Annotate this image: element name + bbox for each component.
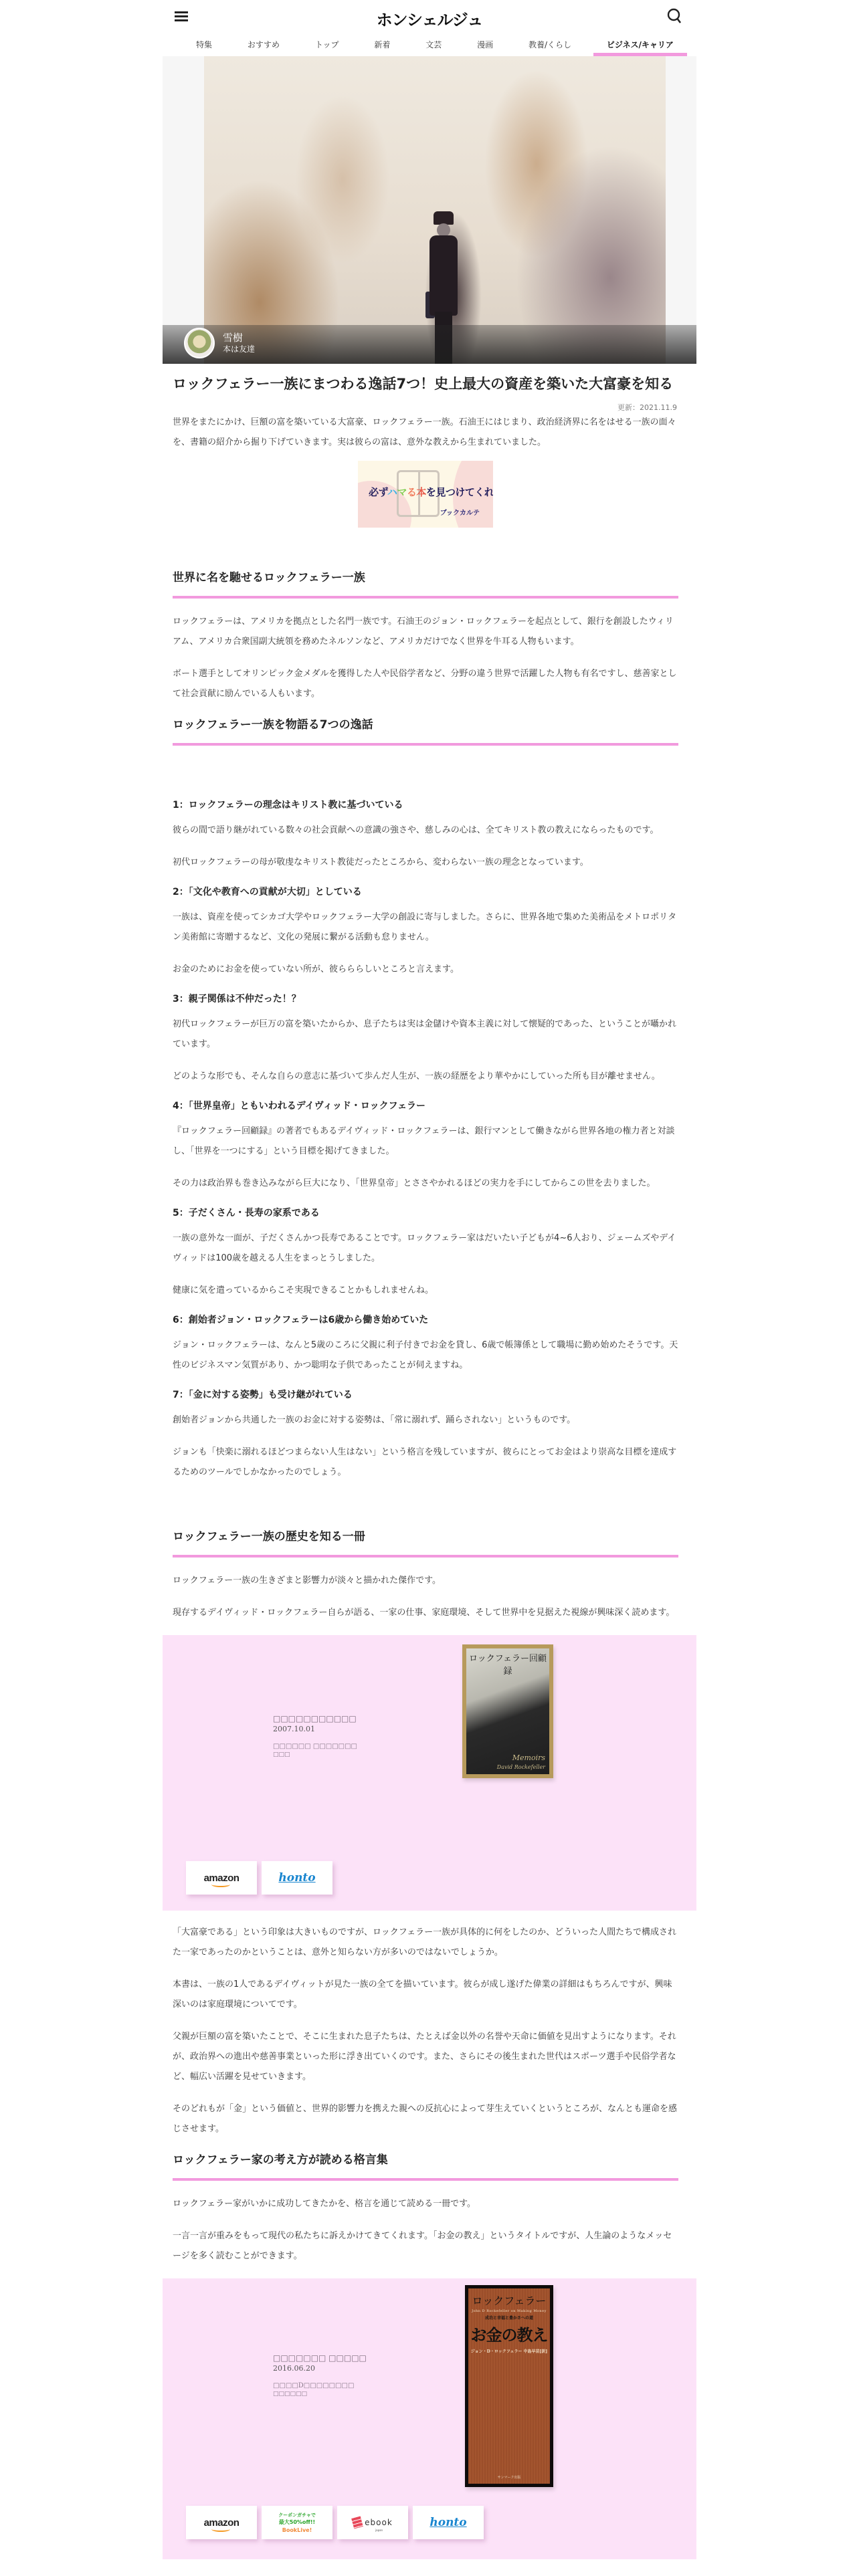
store-links: amazon honto xyxy=(186,1861,332,1895)
tab-business-career[interactable]: ビジネス/キャリア xyxy=(604,33,676,56)
author-info[interactable]: 雪樹 本は友達 xyxy=(184,328,255,358)
paragraph: ロックフェラー一族の生きざまと影響力が淡々と描かれた傑作です。 xyxy=(173,1571,678,1591)
book-title[interactable]: □□□□□□□□□□□ xyxy=(273,1714,357,1723)
paragraph: ロックフェラー家がいかに成功してきたかを、格言を通じて読める一冊です。 xyxy=(173,2194,678,2214)
amazon-button[interactable]: amazon xyxy=(186,2506,257,2539)
paragraph: 父親が巨額の富を築いたことで、そこに生まれた息子たちは、たとえば金以外の名誉や天… xyxy=(173,2027,678,2087)
paragraph: 初代ロックフェラーが巨万の富を築いたからか、息子たちは実は金儲けや資本主義に対し… xyxy=(173,1014,678,1055)
section-heading: ロックフェラー一族の歴史を知る一冊 xyxy=(173,1528,678,1558)
paragraph: 『ロックフェラー回顧録』の著者でもあるデイヴィッド・ロックフェラーは、銀行マンと… xyxy=(173,1121,678,1162)
paragraph: 彼らの間で語り継がれている数々の社会貢献への意識の強さや、慈しみの心は、全てキリ… xyxy=(173,821,678,841)
intro-paragraph: 世界をまたにかけ、巨額の富を築いている大富豪、ロックフェラー一族。石油王にはじま… xyxy=(173,413,678,453)
paragraph: 現存するデイヴィッド・ロックフェラー自らが語る、一家の仕事、家庭環境、そして世界… xyxy=(173,1603,678,1623)
book-info: □□□□□□□ □□□□□ 2016.06.20 □□□□D□□□□□□□□ □… xyxy=(273,2353,367,2397)
book-publisher: □□□ xyxy=(273,1751,357,1758)
section-heading: ロックフェラー家の考え方が読める格言集 xyxy=(173,2151,678,2181)
book-card: □□□□□□□ □□□□□ 2016.06.20 □□□□D□□□□□□□□ □… xyxy=(163,2278,696,2559)
paragraph: お金のためにお金を使っていない所が、彼らららしいところと言えます。 xyxy=(173,960,678,980)
paragraph: ジョン・ロックフェラーは、なんと5歳のころに父親に利子付きでお金を貸し、6歳で帳… xyxy=(173,1335,678,1376)
paragraph: その力は政治界も巻き込みながら巨大になり、「世界皇帝」とささやかれるほどの実力を… xyxy=(173,1174,678,1194)
paragraph: 「大富豪である」という印象は大きいものですが、ロックフェラー一族が具体的に何をし… xyxy=(173,1923,678,1963)
coins-walking-man-image xyxy=(204,56,666,364)
tab-osusume[interactable]: おすすめ xyxy=(245,33,282,56)
honto-button[interactable]: honto xyxy=(262,1861,332,1895)
search-icon[interactable] xyxy=(666,7,684,25)
store-links: amazon クーポンガチャで 最大50%off!! BookLive! ebo… xyxy=(186,2506,484,2539)
section-heading: 世界に名を馳せるロックフェラー一族 xyxy=(173,569,678,599)
episode-heading: 6：創始者ジョン・ロックフェラーは6歳から働き始めていた xyxy=(173,1313,678,1327)
author-name[interactable]: 雪樹 xyxy=(223,332,255,344)
section-heading: ロックフェラー一族を物語る7つの逸話 xyxy=(173,716,678,746)
paragraph: ロックフェラーは、アメリカを拠点とした名門一族です。石油王のジョン・ロックフェラ… xyxy=(173,612,678,652)
book-title[interactable]: □□□□□□□ □□□□□ xyxy=(273,2353,367,2363)
episode-heading: 5：子だくさん・長寿の家系である xyxy=(173,1206,678,1220)
banner-brand: ブックカルテ xyxy=(440,507,480,517)
book-author: □□□□□□ □□□□□□□ xyxy=(273,1743,357,1750)
tab-literature[interactable]: 文芸 xyxy=(423,33,444,56)
book-info: □□□□□□□□□□□ 2007.10.01 □□□□□□ □□□□□□□ □□… xyxy=(273,1714,357,1758)
site-logo[interactable]: ホンシェルジュ xyxy=(163,7,696,30)
book-author: □□□□D□□□□□□□□ xyxy=(273,2382,367,2389)
episode-heading: 4：「世界皇帝」ともいわれるデイヴィッド・ロックフェラー xyxy=(173,1099,678,1113)
tab-tokushu[interactable]: 特集 xyxy=(193,33,215,56)
book-date: 2007.10.01 xyxy=(273,1725,357,1733)
book-card: □□□□□□□□□□□ 2007.10.01 □□□□□□ □□□□□□□ □□… xyxy=(163,1635,696,1911)
episode-heading: 3：親子関係は不仲だった！？ xyxy=(173,992,678,1006)
banner-text: 必ずハマる本を見つけてくれる xyxy=(369,485,493,499)
paragraph: 一族の意外な一面が、子だくさんかつ長寿であることです。ロックフェラー家はだいたい… xyxy=(173,1228,678,1269)
amazon-smile-icon xyxy=(211,2527,230,2532)
amazon-button[interactable]: amazon xyxy=(186,1861,257,1895)
tab-top[interactable]: トップ xyxy=(312,33,342,56)
ebookjapan-button[interactable]: ebook japan xyxy=(337,2506,408,2539)
amazon-smile-icon xyxy=(211,1882,230,1887)
honto-button[interactable]: honto xyxy=(413,2506,484,2539)
article-title: ロックフェラー一族にまつわる逸話7つ！史上最大の資産を築いた大富豪を知る xyxy=(173,374,678,394)
page: ホンシェルジュ 特集 おすすめ トップ 新着 文芸 漫画 教養/くらし ビジネス… xyxy=(163,0,696,2559)
paragraph: 健康に気を遣っているからこそ実現できることかもしれませんね。 xyxy=(173,1281,678,1301)
site-header: ホンシェルジュ xyxy=(163,0,696,33)
paragraph: そのどれもが「金」という価値と、世界的影響力を携えた親への反抗心によって芽生えて… xyxy=(173,2099,678,2139)
episode-heading: 7：「金に対する姿勢」も受け継がれている xyxy=(173,1388,678,1402)
bookkarte-banner[interactable]: 必ずハマる本を見つけてくれる ブックカルテ xyxy=(358,461,493,528)
paragraph: 初代ロックフェラーの母が敬虔なキリスト教徒だったところから、変わらない一族の理念… xyxy=(173,853,678,873)
book-date: 2016.06.20 xyxy=(273,2364,367,2373)
tab-manga[interactable]: 漫画 xyxy=(474,33,496,56)
updated-date: 更新：2021.11.9 xyxy=(173,402,678,413)
paragraph: 創始者ジョンから共通した一族のお金に対する姿勢は、「常に溺れず、踊らされない」と… xyxy=(173,1410,678,1430)
paragraph: どのような形でも、そんな自らの意志に基づいて歩んだ人生が、一族の経歴をより華やか… xyxy=(173,1067,678,1087)
book-cover-memoirs[interactable]: ロックフェラー回顧録 Memoirs David Rockefeller xyxy=(462,1644,553,1778)
paragraph: 一言一言が重みをもって現代の私たちに訴えかけてきてくれます。「お金の教え」という… xyxy=(173,2226,678,2266)
book-publisher: □□□□□□ xyxy=(273,2391,367,2397)
paragraph: 本書は、一族の1人であるデイヴィットが見た一族の全てを描いています。彼らが成し遂… xyxy=(173,1975,678,2015)
booklive-button[interactable]: クーポンガチャで 最大50%off!! BookLive! xyxy=(262,2506,332,2539)
paragraph: ボート選手としてオリンピック金メダルを獲得した人や民俗学者など、分野の違う世界で… xyxy=(173,664,678,704)
author-tagline: 本は友達 xyxy=(223,344,255,354)
tab-culture-life[interactable]: 教養/くらし xyxy=(526,33,574,56)
tab-new[interactable]: 新着 xyxy=(371,33,393,56)
author-avatar[interactable] xyxy=(184,328,215,358)
episode-heading: 2：「文化や教育への貢献が大切」としている xyxy=(173,885,678,899)
article: ロックフェラー一族にまつわる逸話7つ！史上最大の資産を築いた大富豪を知る 更新：… xyxy=(163,374,696,2559)
hero-image: 雪樹 本は友達 xyxy=(163,56,696,364)
paragraph: ジョンも「快楽に溺れるほどつまらない人生はない」という格言を残していますが、彼ら… xyxy=(173,1442,678,1483)
book-cover-money-lessons[interactable]: ロックフェラー John D Rockefeller on Making Mon… xyxy=(465,2285,553,2487)
paragraph: 一族は、資産を使ってシカゴ大学やロックフェラー大学の創設に寄与しました。さらに、… xyxy=(173,907,678,948)
ebookjapan-logo-icon xyxy=(351,2516,363,2529)
category-tabs: 特集 おすすめ トップ 新着 文芸 漫画 教養/くらし ビジネス/キャリア xyxy=(163,33,696,56)
episode-heading: 1：ロックフェラーの理念はキリスト教に基づいている xyxy=(173,798,678,813)
